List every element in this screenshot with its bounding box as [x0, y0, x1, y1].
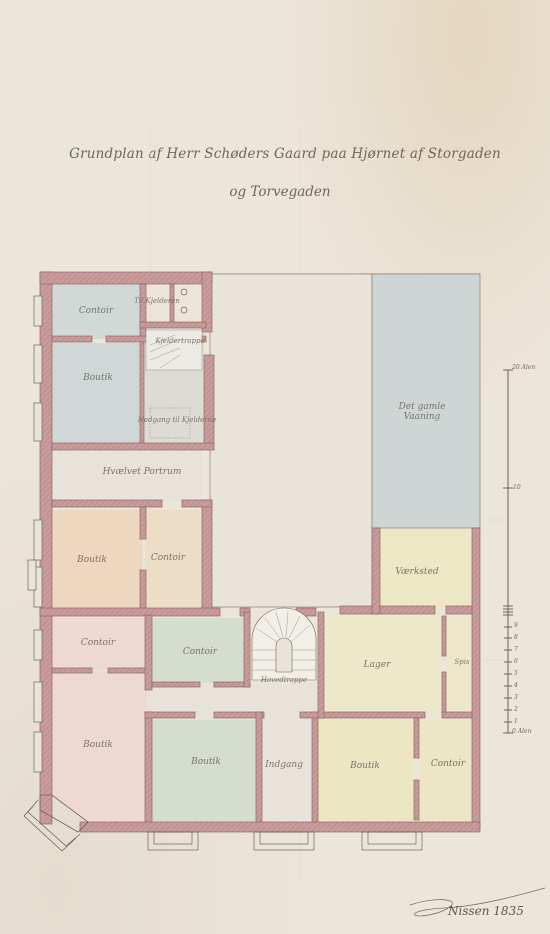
label-boutik-2: Boutik [77, 555, 107, 565]
scale-bar [503, 370, 513, 733]
floor-plan [0, 0, 550, 934]
room-det-gamle-vaaning [372, 274, 480, 528]
scale-tick-5: 5 [514, 670, 518, 677]
label-indgang: Indgang [265, 760, 303, 770]
scale-tick-2: 2 [514, 706, 518, 713]
room-contoir-5 [418, 720, 472, 822]
label-contoir-4: Contoir [183, 647, 217, 657]
room-boutik-4 [152, 720, 256, 822]
label-contoir-3: Contoir [81, 638, 115, 648]
label-boutik-1: Boutik [83, 373, 113, 383]
courtyard [210, 274, 372, 607]
label-boutik-4: Boutik [191, 757, 221, 767]
main-staircase [252, 608, 316, 680]
room-boutik-5 [318, 720, 414, 822]
room-indgang [262, 720, 312, 822]
scale-tick-8: 8 [514, 634, 518, 641]
label-kjeldertrappe: Kjeldertrappe [155, 337, 204, 345]
label-contoir-1: Contoir [79, 306, 113, 316]
label-nedgang-kjelderen: Nedgang til Kjelderne [138, 416, 217, 424]
label-boutik-5: Boutik [350, 761, 380, 771]
label-til-kjelderen: Til Kjelderen [134, 297, 180, 305]
windows-left [28, 296, 42, 772]
label-contoir-2: Contoir [151, 553, 185, 563]
scale-top-label: 20 Alen [512, 364, 535, 371]
label-spis: Spis [454, 658, 469, 666]
label-hvaelvet-portrum: Hvælvet Portrum [103, 467, 182, 477]
scale-mid-label: 10 [513, 484, 521, 491]
scale-tick-7: 7 [514, 646, 518, 653]
scale-bottom-label: 0 Alen [512, 728, 531, 735]
label-det-gamle-vaaning: Det gamle Vaaning [392, 402, 452, 422]
scale-tick-3: 3 [514, 694, 518, 701]
label-hovedtrappe: Hovedtrappe [261, 676, 307, 684]
label-vaerksted: Værksted [395, 567, 438, 577]
privy [181, 289, 187, 313]
scale-tick-9: 9 [514, 622, 518, 629]
signature: Nissen 1835 [448, 904, 524, 918]
scale-tick-6: 6 [514, 658, 518, 665]
label-lager: Lager [364, 660, 391, 670]
label-contoir-5: Contoir [431, 759, 465, 769]
entrance-steps [148, 832, 422, 850]
scale-tick-4: 4 [514, 682, 518, 689]
room-boutik-1 [52, 343, 142, 443]
label-boutik-3: Boutik [83, 740, 113, 750]
scale-tick-1: 1 [514, 718, 518, 725]
